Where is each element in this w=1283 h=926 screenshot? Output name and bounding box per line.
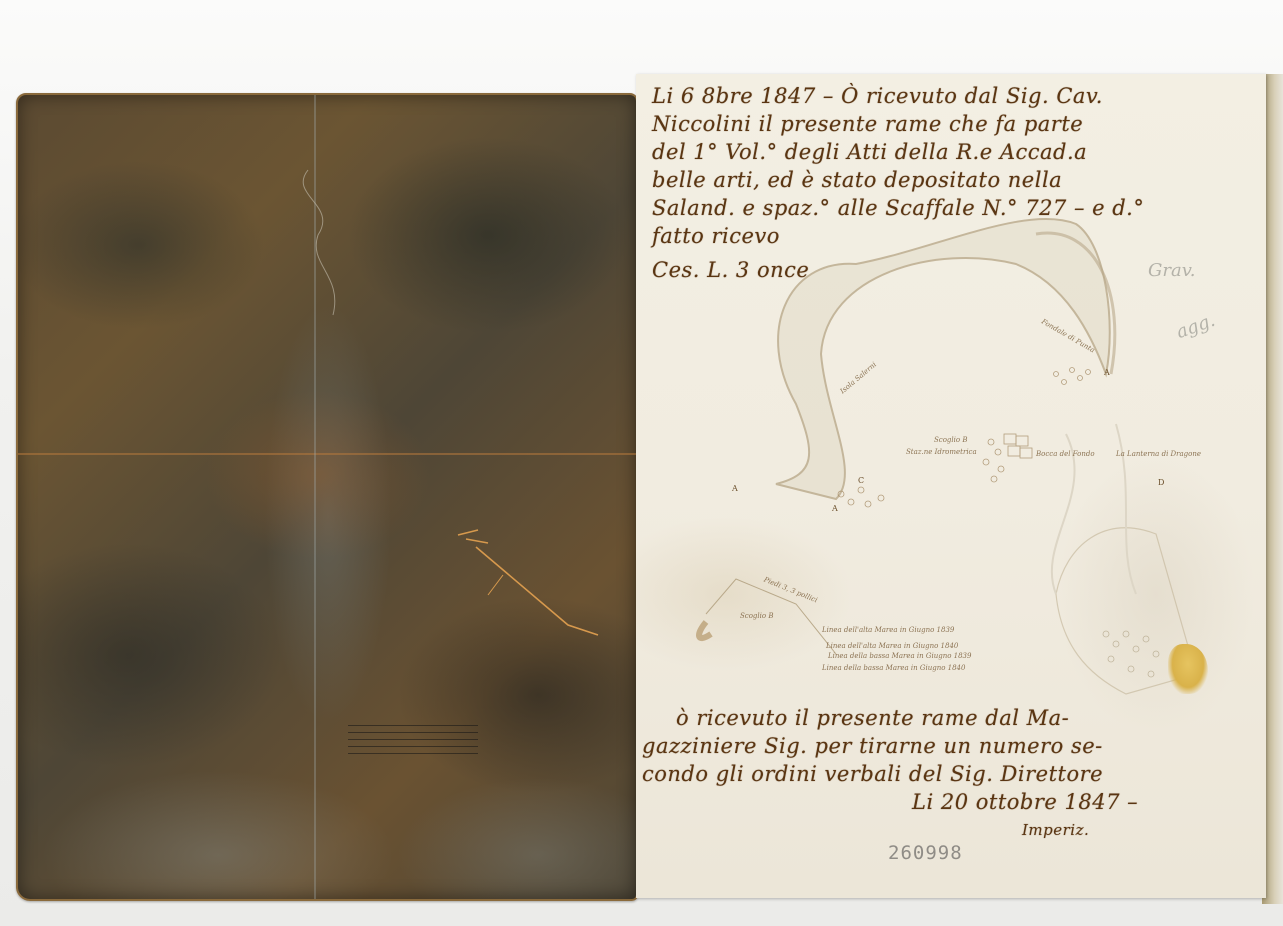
note-line: fatto ricevo xyxy=(652,222,1144,250)
note-line: Li 6 8bre 1847 – Ò ricevuto dal Sig. Cav… xyxy=(652,82,1144,110)
photo-scene: Scoglio B Staz.ne Idrometrica Bocca del … xyxy=(0,0,1283,926)
note-line: ò ricevuto il presente rame dal Ma- xyxy=(642,704,1138,732)
plate-hair-scratch xyxy=(288,165,348,345)
map-label-scoglio-b: Scoglio B xyxy=(934,436,967,444)
plate-engraved-lines xyxy=(348,725,478,759)
note-line: del 1° Vol.° degli Atti della R.e Accad.… xyxy=(652,138,1144,166)
note-line: condo gli ordini verbali del Sig. Dirett… xyxy=(642,760,1138,788)
yellow-stain xyxy=(1168,644,1208,694)
note-line: Saland. e spaz.° alle Scaffale N.° 727 –… xyxy=(652,194,1144,222)
paper-wrapper: Scoglio B Staz.ne Idrometrica Bocca del … xyxy=(636,74,1266,898)
map-legend-4: Linea della bassa Marea in Giugno 1840 xyxy=(822,664,965,672)
map-label-isola: Isola Salerni xyxy=(839,361,878,396)
plate-fold-horizontal xyxy=(18,453,636,455)
map-label-bocca: Bocca del Fondo xyxy=(1036,450,1095,458)
note-signature: Imperiz. xyxy=(642,816,1138,844)
map-legend-2: Linea dell'alta Marea in Giugno 1840 xyxy=(826,642,958,650)
map-label-stazione: Staz.ne Idrometrica xyxy=(906,448,977,456)
map-label-lanterna: La Lanterna di Dragone xyxy=(1116,450,1201,458)
map-letter: D xyxy=(1158,478,1164,487)
handwritten-receipt-top: Li 6 8bre 1847 – Ò ricevuto dal Sig. Cav… xyxy=(652,82,1144,284)
plate-scratch-mark xyxy=(448,525,608,655)
note-line: Ces. L. 3 once xyxy=(652,256,1144,284)
map-label-fondale: Fondale di Punta xyxy=(1040,318,1096,355)
map-label-scoglio-b-bottom: Scoglio B xyxy=(740,612,773,620)
map-label-piedi: Piedi 3, 3 pollici xyxy=(763,576,819,605)
note-line: Niccolini il presente rame che fa parte xyxy=(652,110,1144,138)
handwritten-receipt-bottom: ò ricevuto il presente rame dal Ma- gazz… xyxy=(642,704,1138,844)
map-legend-1: Linea dell'alta Marea in Giugno 1839 xyxy=(822,626,954,634)
note-line: belle arti, ed è stato depositato nella xyxy=(652,166,1144,194)
map-letter: C xyxy=(858,476,864,485)
inventory-number: 260998 xyxy=(888,842,963,864)
pencil-note: agg. xyxy=(1174,310,1218,343)
map-letter: A xyxy=(1104,368,1110,377)
copper-plate xyxy=(16,93,638,901)
pencil-note: Grav. xyxy=(1148,260,1195,281)
note-line: gazziniere Sig. per tirarne un numero se… xyxy=(642,732,1138,760)
note-date: Li 20 ottobre 1847 – xyxy=(642,788,1138,816)
map-letter: A xyxy=(832,504,838,513)
map-legend-3: Linea della bassa Marea in Giugno 1839 xyxy=(828,652,971,660)
map-letter: A xyxy=(732,484,738,493)
